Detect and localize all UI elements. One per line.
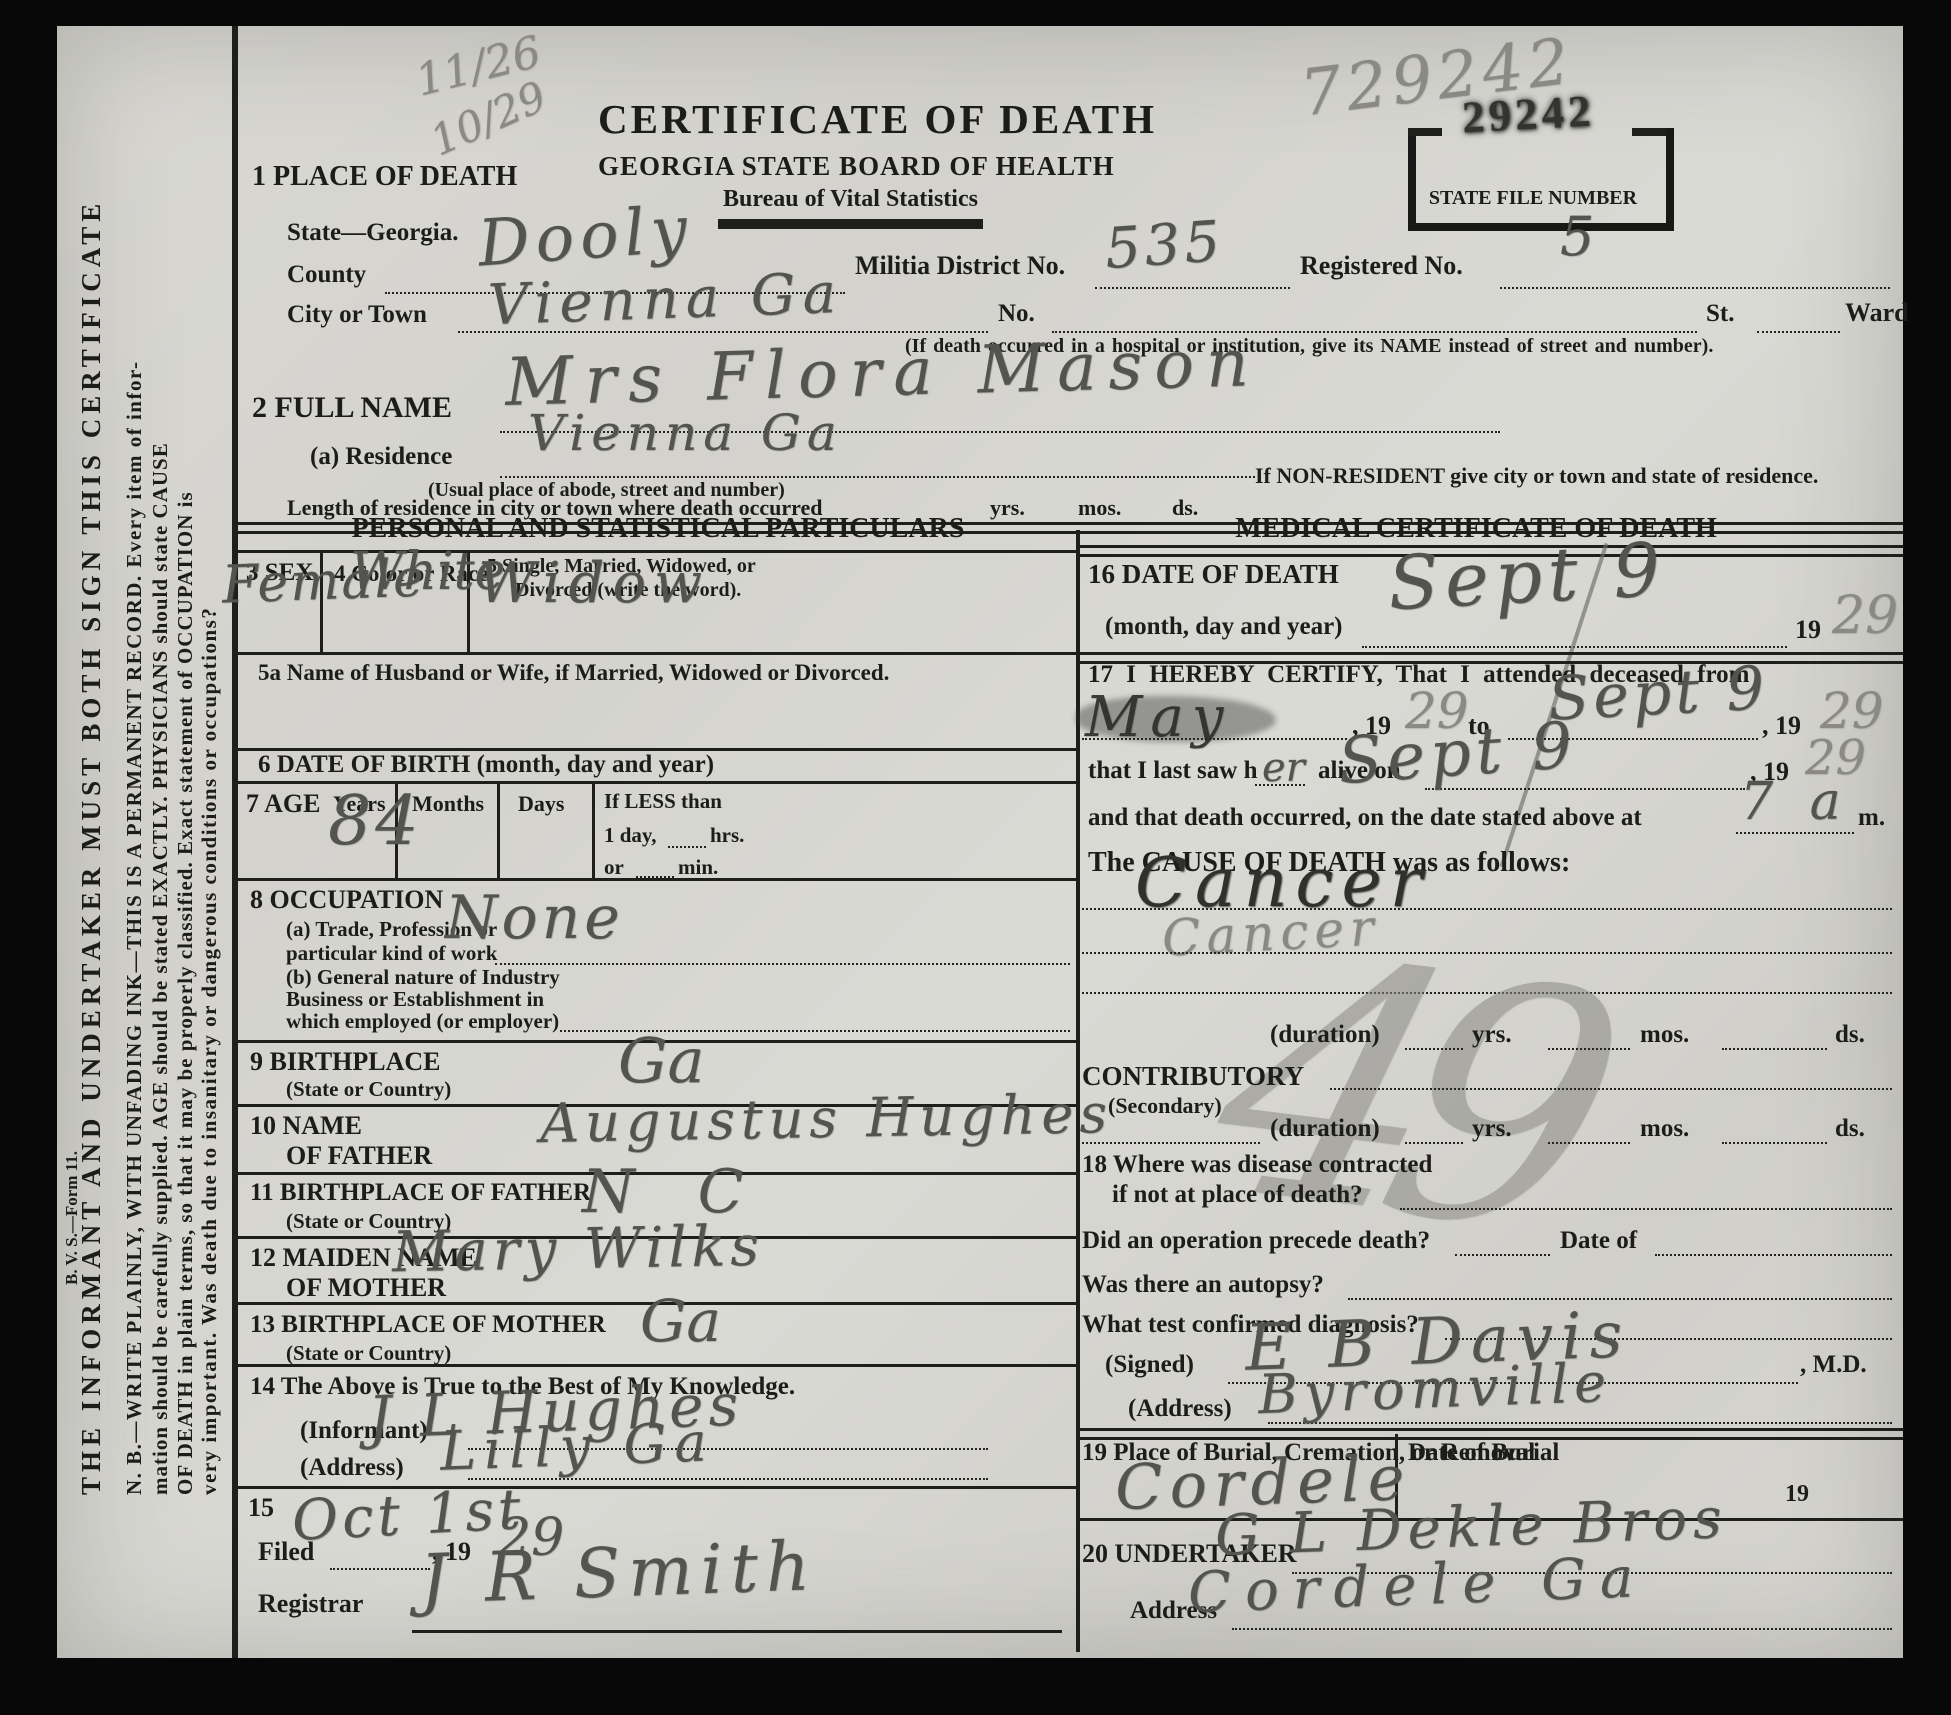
undertaker-address-value: Cordele Ga: [1187, 1550, 1648, 1622]
mother-birthplace-sub: (State or Country): [286, 1342, 451, 1364]
residence-value: Vienna Ga: [528, 408, 843, 458]
age-less-or-label: or: [604, 856, 624, 878]
city-or-town-label: City or Town: [287, 302, 427, 328]
birthplace-label: 9 BIRTHPLACE: [250, 1048, 441, 1075]
death-hour-value: 7 a: [1740, 776, 1851, 828]
occupation-value: None: [445, 888, 624, 948]
signed-label: (Signed): [1105, 1352, 1194, 1378]
no-label: No.: [998, 301, 1035, 327]
father-birthplace-value: N C: [582, 1162, 765, 1222]
full-name-label: 2 FULL NAME: [252, 392, 452, 424]
contributory-line: [1330, 1088, 1892, 1090]
state-file-number-label: STATE FILE NUMBER: [1416, 188, 1650, 209]
duration-2-mos: mos.: [1640, 1116, 1689, 1142]
date-of-operation-line: [1655, 1254, 1892, 1256]
nb-note-line3: OF DEATH in plain terms, so that it may …: [173, 165, 198, 1495]
last-saw-her-value: er: [1262, 748, 1305, 788]
duration-2-ds-line: [1722, 1142, 1827, 1144]
age-label: 7 AGE: [246, 790, 320, 817]
duration-1-mos-line: [1548, 1048, 1630, 1050]
q18-line2-label: if not at place of death?: [1112, 1182, 1363, 1208]
age-less-label-1: If LESS than: [604, 790, 722, 812]
full-name-value: Mrs Flora Mason: [504, 330, 1261, 416]
date-of-death-sub: (month, day and year): [1105, 614, 1343, 640]
registrar-line: [412, 1630, 1062, 1633]
attended-to-value: Sept 9: [1547, 658, 1770, 729]
operation-label: Did an operation precede death?: [1082, 1228, 1430, 1254]
date-of-death-value: Sept 9: [1386, 533, 1668, 621]
occupation-a-line: [495, 963, 1070, 965]
death-hour-line: [1736, 832, 1854, 834]
age-less-hrs-line: [668, 846, 706, 848]
duration-2-lead-line: [1082, 1142, 1260, 1144]
duration-1-yrs-line: [1405, 1048, 1463, 1050]
date-of-death-year: 29: [1832, 590, 1898, 642]
sign-notice: THE INFORMANT AND UNDERTAKER MUST BOTH S…: [76, 185, 107, 1495]
residence-label: (a) Residence: [310, 444, 452, 470]
registrar-label: Registrar: [258, 1590, 363, 1617]
form-left-border: [232, 26, 238, 1658]
rule-under-age-row: [238, 878, 1076, 881]
duration-1-ds: ds.: [1835, 1022, 1865, 1048]
birthplace-sub: (State or Country): [286, 1078, 451, 1100]
attended-to-year: 29: [1820, 686, 1884, 736]
duration-1-yrs: yrs.: [1472, 1022, 1512, 1048]
org-name: GEORGIA STATE BOARD OF HEALTH: [598, 152, 1103, 180]
last-saw-pre-label: that I last saw h: [1088, 758, 1257, 784]
q18-line: [1400, 1208, 1892, 1210]
duration-1-mos: mos.: [1640, 1022, 1689, 1048]
state-georgia-label: State—Georgia.: [287, 220, 458, 246]
occupation-b-line1: (b) General nature of Industry: [286, 966, 560, 988]
last-saw-value: Sept 9: [1336, 714, 1579, 795]
st-label: St.: [1706, 301, 1734, 327]
occupation-b-line3: which employed (or employer): [286, 1010, 559, 1032]
father-name-value: Augustus Hughes: [540, 1087, 1114, 1151]
age-less-hrs-label: hrs.: [710, 824, 744, 846]
filed-line: [330, 1568, 430, 1570]
st-line: [1757, 331, 1840, 333]
physician-address-label: (Address): [1128, 1396, 1232, 1422]
duration-2-ds: ds.: [1835, 1116, 1865, 1142]
age-less-min-label: min.: [678, 856, 718, 878]
nonresident-note: If NON-RESIDENT give city or town and st…: [1255, 464, 1818, 487]
birthplace-value: Ga: [618, 1030, 705, 1092]
date-of-operation-label: Date of: [1560, 1228, 1637, 1254]
registrar-signature: J R Smith: [419, 1533, 819, 1615]
militia-district-value: 535: [1103, 214, 1226, 278]
militia-district-label: Militia District No.: [855, 252, 1065, 279]
mother-maiden-value: Mary Wilks: [392, 1219, 765, 1281]
date-of-death-19: 19: [1795, 616, 1821, 643]
undertaker-address-line: [1232, 1628, 1892, 1630]
registered-no-label: Registered No.: [1300, 252, 1463, 279]
md-label: , M.D.: [1800, 1352, 1867, 1378]
father-name-label-1: 10 NAME: [250, 1112, 362, 1139]
city-value: Vienna Ga: [487, 266, 844, 334]
registered-no-value: 5: [1560, 210, 1594, 264]
mother-birthplace-value: Ga: [640, 1292, 721, 1350]
age-days-header: Days: [518, 792, 564, 815]
duration-2-mos-line: [1548, 1142, 1630, 1144]
occupation-label: 8 OCCUPATION: [250, 886, 443, 913]
registered-no-line: [1500, 287, 1890, 289]
militia-district-line: [1095, 287, 1290, 289]
header-bar: [718, 219, 983, 229]
nb-note-line2: mation should be carefully supplied. AGE…: [148, 165, 173, 1495]
burial-19-label: 19: [1785, 1482, 1809, 1507]
duration-2-yrs-line: [1405, 1142, 1463, 1144]
county-label: County: [287, 262, 366, 288]
ward-label: Ward: [1845, 299, 1909, 326]
residence-line: [500, 476, 1255, 478]
state-file-number-box: [1408, 128, 1674, 231]
burial-date-label: Date of Burial: [1408, 1440, 1559, 1466]
father-name-label-2: OF FATHER: [286, 1142, 432, 1169]
certificate-title: CERTIFICATE OF DEATH: [598, 98, 1103, 141]
marital-value: Widow: [478, 556, 710, 612]
date-of-birth-label: 6 DATE OF BIRTH (month, day and year): [258, 752, 714, 778]
duration-1-label: (duration): [1270, 1022, 1380, 1048]
contributory-label: CONTRIBUTORY: [1082, 1062, 1304, 1090]
attended-to-19: , 19: [1762, 712, 1801, 739]
last-saw-her-line: [1255, 784, 1305, 786]
secondary-label: (Secondary): [1108, 1094, 1222, 1117]
informant-address-label: (Address): [300, 1455, 404, 1481]
age-less-label-2: 1 day,: [604, 824, 657, 846]
scanned-death-certificate: B. V. S.—Form 11. THE INFORMANT AND UNDE…: [0, 0, 1951, 1715]
death-occurred-label: and that death occurred, on the date sta…: [1088, 805, 1642, 831]
rule-under-sex-row: [238, 652, 1076, 655]
attended-from-line: [1082, 738, 1347, 740]
death-hour-m-label: m.: [1858, 805, 1885, 831]
father-birthplace-label: 11 BIRTHPLACE OF FATHER: [250, 1180, 591, 1206]
mother-birthplace-label: 13 BIRTHPLACE OF MOTHER: [250, 1312, 606, 1338]
county-value: Dooly: [476, 198, 695, 277]
scribble-smudge: [1076, 696, 1276, 742]
item-15-label: 15: [248, 1494, 274, 1521]
occupation-b-line2: Business or Establishment in: [286, 988, 544, 1010]
age-years-value: 84: [328, 788, 423, 856]
age-divider-2: [497, 781, 500, 878]
autopsy-label: Was there an autopsy?: [1082, 1272, 1324, 1298]
duration-2-label: (duration): [1270, 1116, 1380, 1142]
husband-wife-label: 5a Name of Husband or Wife, if Married, …: [258, 661, 889, 685]
file-box-tick-left: [1408, 128, 1442, 136]
personal-section-title: PERSONAL AND STATISTICAL PARTICULARS: [258, 514, 1058, 543]
informant-address-value: Lilly Ga: [439, 1415, 715, 1479]
nb-note-line1: N. B.—WRITE PLAINLY, WITH UNFADING INK—T…: [122, 165, 147, 1495]
file-box-tick-right: [1632, 128, 1666, 136]
date-of-death-label: 16 DATE OF DEATH: [1088, 560, 1339, 588]
place-of-death-label: 1 PLACE OF DEATH: [252, 162, 517, 191]
mos-label: mos.: [1078, 496, 1121, 519]
duration-2-yrs: yrs.: [1472, 1116, 1512, 1142]
physician-address-value: Byromville: [1257, 1356, 1613, 1422]
nb-note-line4: very important. Was death due to insanit…: [197, 165, 222, 1495]
age-divider-3: [592, 781, 595, 878]
duration-1-ds-line: [1722, 1048, 1827, 1050]
operation-line: [1455, 1254, 1550, 1256]
q18-line1-label: 18 Where was disease contracted: [1082, 1152, 1432, 1178]
rule-under-mother-bp-row: [238, 1364, 1076, 1367]
